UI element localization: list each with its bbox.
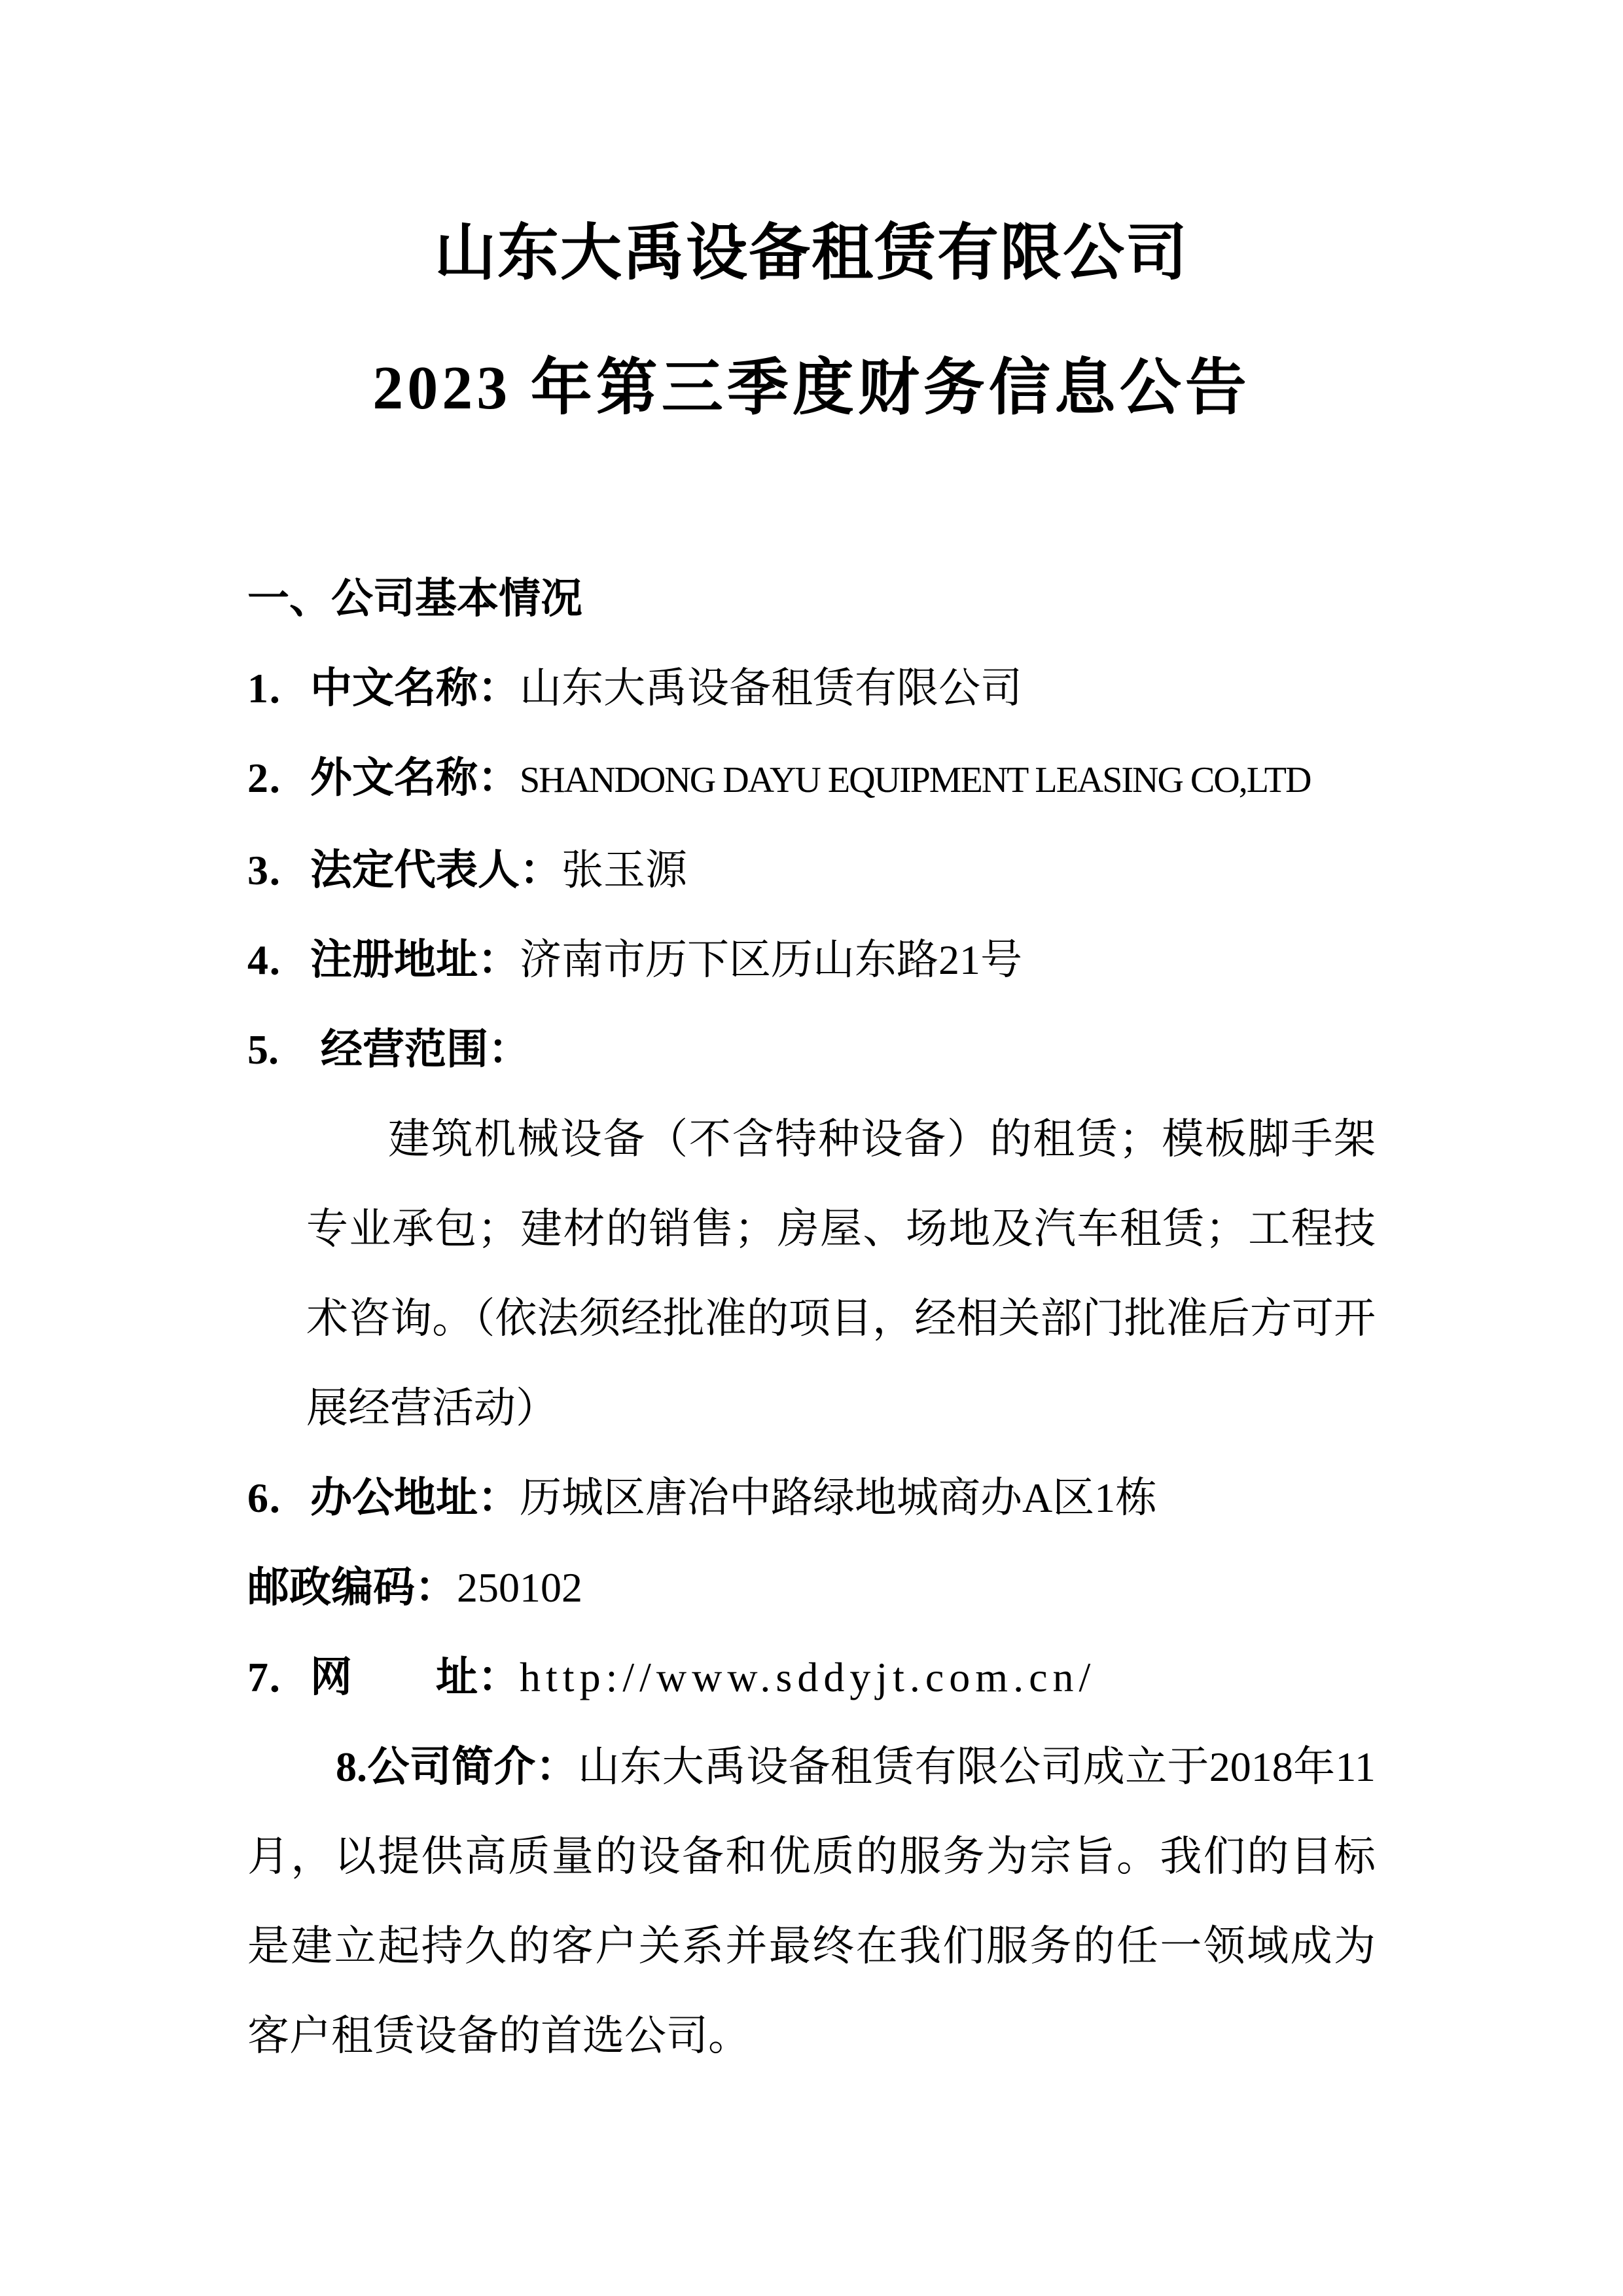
item-value: 历城区唐冶中路绿地城商办A区1栋 <box>520 1475 1157 1521</box>
list-item-chinese-name: 1．中文名称：山东大禹设备租赁有限公司 <box>247 643 1376 733</box>
list-item-foreign-name: 2．外文名称：SHANDONG DAYU EQUIPMENT LEASING C… <box>247 733 1376 825</box>
item-label: 8.公司简介： <box>336 1744 578 1790</box>
item-value: SHANDONG DAYU EQUIPMENT LEASING CO,LTD <box>520 760 1310 800</box>
item-value: 张玉源 <box>562 847 687 893</box>
list-item-office-address: 6．办公地址：历城区唐冶中路绿地城商办A区1栋 <box>247 1453 1376 1543</box>
item-label: 5. 经营范围： <box>247 1026 530 1073</box>
business-scope-paragraph: 建筑机械设备（不含特种设备）的租赁；模板脚手架专业承包；建材的销售；房屋、场地及… <box>306 1094 1376 1453</box>
postal-code-line: 邮政编码：250102 <box>247 1543 1376 1632</box>
item-value: 250102 <box>457 1564 582 1611</box>
document-subtitle: 2023 年第三季度财务信息公告 <box>0 352 1623 424</box>
item-value: 山东大禹设备租赁有限公司成立于2018年11月，以提供高质量的设备和优质的服务为… <box>247 1744 1376 2059</box>
item-label: 1．中文名称： <box>247 665 520 711</box>
item-label: 2．外文名称： <box>247 755 520 801</box>
item-label: 7．网 址： <box>247 1654 520 1700</box>
list-item-website: 7．网 址：http://www.sddyjt.com.cn/ <box>247 1632 1376 1722</box>
item-value: 济南市历下区历山东路21号 <box>520 937 1022 983</box>
list-item-business-scope: 5. 经营范围： <box>247 1005 1376 1094</box>
document-title: 山东大禹设备租赁有限公司 <box>0 0 1623 289</box>
item-value: 山东大禹设备租赁有限公司 <box>520 665 1022 711</box>
list-item-registered-address: 4．注册地址：济南市历下区历山东路21号 <box>247 915 1376 1005</box>
document-page: 山东大禹设备租赁有限公司 2023 年第三季度财务信息公告 一、公司基本情况 1… <box>0 0 1623 2296</box>
company-profile-paragraph: 8.公司简介：山东大禹设备租赁有限公司成立于2018年11月，以提供高质量的设备… <box>247 1722 1376 2081</box>
section-heading: 一、公司基本情况 <box>247 554 1376 643</box>
document-body: 一、公司基本情况 1．中文名称：山东大禹设备租赁有限公司 2．外文名称：SHAN… <box>247 554 1376 2081</box>
item-label: 6．办公地址： <box>247 1475 520 1521</box>
item-label: 4．注册地址： <box>247 937 520 983</box>
item-label: 邮政编码： <box>247 1564 457 1611</box>
list-item-legal-representative: 3．法定代表人：张玉源 <box>247 825 1376 915</box>
website-url: http://www.sddyjt.com.cn/ <box>520 1654 1096 1700</box>
item-label: 3．法定代表人： <box>247 847 562 893</box>
